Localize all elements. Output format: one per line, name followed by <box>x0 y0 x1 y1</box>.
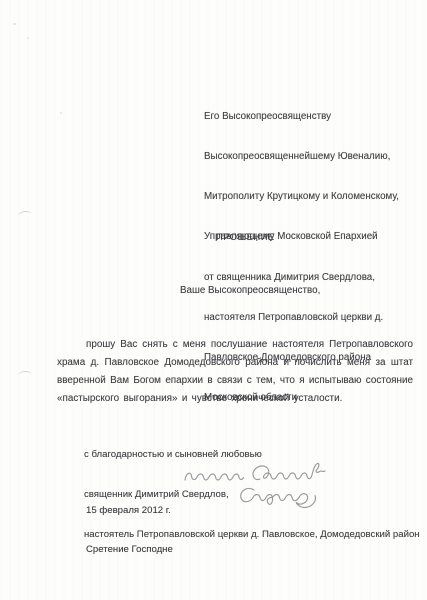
salutation: Ваше Высокопреосвященство, <box>180 285 320 296</box>
scan-speck <box>13 23 16 25</box>
scan-speck <box>60 112 62 114</box>
signature-handwriting: священник Димитрий Свердлов <box>180 462 345 510</box>
recipient-line: Митрополиту Крутицкому и Коломенскому, <box>204 190 399 203</box>
recipient-line: Высокопреосвященнейшему Ювеналию, <box>204 150 399 163</box>
punch-hole-mark <box>18 211 33 221</box>
scanned-letter-page: Его Высокопреосвященству Высокопреосвяще… <box>0 0 427 600</box>
recipient-line: Его Высокопреосвященству <box>204 110 399 123</box>
scan-speck <box>27 37 29 39</box>
signature-ink-strokes <box>180 462 345 510</box>
date-block: 15 февраля 2012 г. Сретение Господне <box>86 477 173 583</box>
recipient-line: от священника Димитрия Свердлова, <box>204 271 399 284</box>
recipient-line: настоятеля Петропавловской церкви д. <box>204 311 399 324</box>
closing-line: с благодарностью и сыновней любовью <box>84 448 420 461</box>
petition-title: ПРОШЕНИЕ <box>216 231 275 242</box>
date-line: Сретение Господне <box>86 543 173 556</box>
date-line: 15 февраля 2012 г. <box>86 504 173 517</box>
body-paragraph: прошу Вас снять с меня послушание настоя… <box>57 336 413 408</box>
punch-hole-mark <box>18 371 32 381</box>
